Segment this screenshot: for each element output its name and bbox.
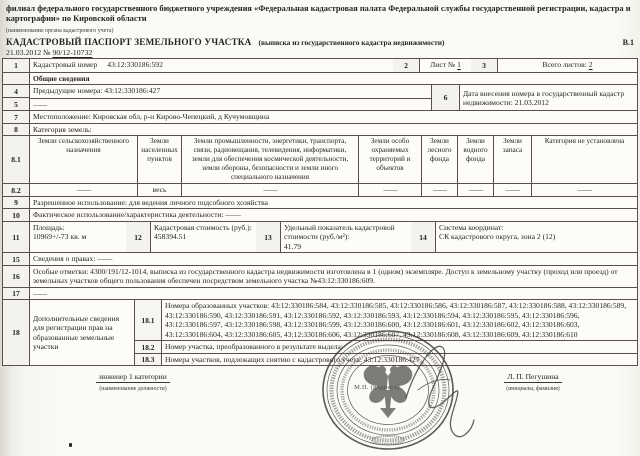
area-cell: Площадь: 10969+/-73 кв. м bbox=[29, 222, 126, 252]
total-sheets-cell: Всего листов: 2 bbox=[497, 59, 637, 72]
row-15: 15 Сведения о правах: —— bbox=[3, 252, 637, 264]
category-agricultural: Земли сельскохозяйственного назначения bbox=[29, 136, 137, 183]
row-number-empty bbox=[3, 73, 29, 84]
area-label: Площадь: bbox=[33, 223, 123, 232]
specific-value-cell: Удельный показатель кадастровой стоимост… bbox=[280, 222, 411, 252]
cadastral-number-label: Кадастровый номер bbox=[33, 60, 97, 69]
cadastral-value: 458394.51 bbox=[154, 232, 253, 241]
land-category-label: Категория земель: bbox=[29, 124, 637, 135]
prev-numbers-stack: Предыдущие номера: 43:12:330186:427 —— bbox=[29, 85, 431, 110]
row-17: 17 —— bbox=[3, 287, 637, 299]
row-17-empty: —— bbox=[29, 288, 637, 299]
row-8-2: 8.2 —— весь —— —— —— —— —— —— bbox=[3, 183, 637, 195]
row-number: 6 bbox=[431, 85, 459, 110]
permitted-use: Разрешенное использование: для ведения л… bbox=[29, 197, 637, 208]
row-number: 17 bbox=[3, 288, 29, 299]
cadastral-value-label: Кадастровая стоимость (руб.): bbox=[154, 223, 253, 232]
row-16: 16 Особые отметки: 4300/191/12-1014, вып… bbox=[3, 265, 637, 287]
row-number: 8 bbox=[3, 124, 29, 135]
row-8: 8 Категория земель: bbox=[3, 123, 637, 135]
area-value: 10969+/-73 кв. м bbox=[33, 232, 123, 241]
category-protected: Земли особо охраняемых территорий и объе… bbox=[358, 136, 421, 183]
row-10: 10 Фактическое использование/характерист… bbox=[3, 208, 637, 220]
signer-position: инженер 1 категории bbox=[96, 372, 170, 383]
rights-info: Сведения о правах: —— bbox=[29, 253, 637, 264]
coordinate-system-label: Система координат: bbox=[439, 223, 634, 232]
location: Местоположение: Кировская обл, р-н Киров… bbox=[29, 111, 637, 122]
row-number: 5 bbox=[3, 97, 29, 110]
actual-use: Фактическое использование/характеристика… bbox=[29, 209, 637, 220]
row-number: 18.1 bbox=[135, 300, 162, 340]
ink-spot bbox=[69, 443, 72, 447]
doc-title: КАДАСТРОВЫЙ ПАСПОРТ ЗЕМЕЛЬНОГО УЧАСТКА bbox=[6, 37, 252, 47]
total-sheets-label: Всего листов: bbox=[542, 60, 586, 69]
special-notes: Особые отметки: 4300/191/12-1014, выписк… bbox=[29, 266, 637, 287]
value-water: —— bbox=[457, 184, 493, 195]
row-number: 2 bbox=[393, 59, 419, 72]
cadastral-number-cell: Кадастровый номер 43:12:330186:592 bbox=[29, 59, 393, 72]
row-number: 8.2 bbox=[3, 184, 29, 195]
row-8-1: 8.1 Земли сельскохозяйственного назначен… bbox=[3, 135, 637, 183]
row-number: 13 bbox=[256, 222, 280, 252]
section-title: Общие сведения bbox=[29, 73, 637, 84]
specific-value: 41.79 bbox=[284, 242, 408, 251]
sheet-value: 1 bbox=[457, 60, 461, 69]
row-5-empty: —— bbox=[30, 98, 431, 111]
cadastral-passport-page: филиал федерального государственного бюд… bbox=[0, 0, 640, 456]
category-reserve: Земли запаса bbox=[493, 136, 531, 183]
entry-date: Дата внесения номера в государственный к… bbox=[459, 85, 637, 110]
row-number: 9 bbox=[3, 197, 29, 208]
specific-value-label: Удельный показатель кадастровой стоимост… bbox=[284, 223, 408, 242]
row-number: 10 bbox=[3, 209, 29, 220]
previous-numbers: Предыдущие номера: 43:12:330186:427 bbox=[30, 85, 431, 98]
signer-position-caption: (наименование должности) bbox=[88, 386, 178, 392]
row-number: 15 bbox=[3, 253, 29, 264]
row-number: 11 bbox=[3, 222, 29, 252]
value-agricultural: —— bbox=[29, 184, 137, 195]
row-7: 7 Местоположение: Кировская обл, р-н Кир… bbox=[3, 110, 637, 122]
handwritten-signature-icon bbox=[398, 338, 490, 450]
value-reserve: —— bbox=[493, 184, 531, 195]
row-9: 9 Разрешенное использование: для ведения… bbox=[3, 196, 637, 208]
title-line: КАДАСТРОВЫЙ ПАСПОРТ ЗЕМЕЛЬНОГО УЧАСТКА (… bbox=[6, 37, 634, 47]
signature-position-block: инженер 1 категории (наименование должно… bbox=[88, 366, 178, 392]
section-row: Общие сведения bbox=[3, 72, 637, 84]
row-18-label: Дополнительные сведения для регистрации … bbox=[29, 300, 134, 365]
row-number: 3 bbox=[471, 59, 497, 72]
form-code: В.1 bbox=[623, 38, 634, 47]
signer-name-caption: (инициалы, фамилия) bbox=[500, 386, 566, 392]
num-stack: 4 5 bbox=[3, 85, 29, 110]
sheet-label: Лист № bbox=[430, 60, 455, 69]
signer-name: Л. П. Пегушина bbox=[504, 372, 561, 383]
doc-date-prefix: 21.03.2012 № bbox=[6, 48, 50, 57]
row-number: 18.2 bbox=[135, 341, 162, 352]
category-water: Земли водного фонда bbox=[457, 136, 493, 183]
row-number: 4 bbox=[3, 85, 29, 97]
value-settlement: весь bbox=[137, 184, 181, 195]
row-number: 8.1 bbox=[3, 136, 29, 183]
row-number: 1 bbox=[3, 59, 29, 72]
category-forest: Земли лесного фонда bbox=[421, 136, 457, 183]
passport-table: 1 Кадастровый номер 43:12:330186:592 2 Л… bbox=[2, 58, 638, 366]
coordinate-system-cell: Система координат: СК кадастрового округ… bbox=[435, 222, 637, 252]
doc-subtitle: (выписка из государственного кадастра не… bbox=[259, 38, 445, 47]
category-not-set: Категория не установлена bbox=[531, 136, 637, 183]
cadastral-number-value: 43:12:330186:592 bbox=[107, 60, 163, 69]
category-industrial: Земли промышленности, энергетики, трансп… bbox=[181, 136, 358, 183]
org-name: филиал федерального государственного бюд… bbox=[6, 4, 632, 25]
row-number: 7 bbox=[3, 111, 29, 122]
value-not-set: —— bbox=[531, 184, 637, 195]
rows-4-5-6: 4 5 Предыдущие номера: 43:12:330186:427 … bbox=[3, 84, 637, 110]
row-number: 16 bbox=[3, 266, 29, 287]
rows-11-14: 11 Площадь: 10969+/-73 кв. м 12 Кадастро… bbox=[3, 221, 637, 252]
value-industrial: —— bbox=[181, 184, 358, 195]
cadastral-value-cell: Кадастровая стоимость (руб.): 458394.51 bbox=[150, 222, 256, 252]
row-number: 14 bbox=[411, 222, 435, 252]
row-number: 12 bbox=[126, 222, 150, 252]
signature-name-block: Л. П. Пегушина (инициалы, фамилия) bbox=[500, 366, 566, 392]
category-settlement: Земли населенных пунктов bbox=[137, 136, 181, 183]
value-forest: —— bbox=[421, 184, 457, 195]
total-sheets-value: 2 bbox=[589, 60, 593, 69]
value-protected: —— bbox=[358, 184, 421, 195]
doc-date-line: 21.03.2012 № 90/12-10732 bbox=[6, 48, 92, 57]
row-number: 18 bbox=[3, 300, 29, 365]
org-name-caption: (наименование органа кадастрового учета) bbox=[6, 28, 113, 34]
coordinate-system-value: СК кадастрового округа, зона 2 (12) bbox=[439, 232, 634, 241]
sheet-cell: Лист № 1 bbox=[419, 59, 471, 72]
row-1: 1 Кадастровый номер 43:12:330186:592 2 Л… bbox=[3, 59, 637, 72]
row-number: 18.3 bbox=[135, 354, 162, 365]
doc-number: 90/12-10732 bbox=[52, 48, 92, 57]
